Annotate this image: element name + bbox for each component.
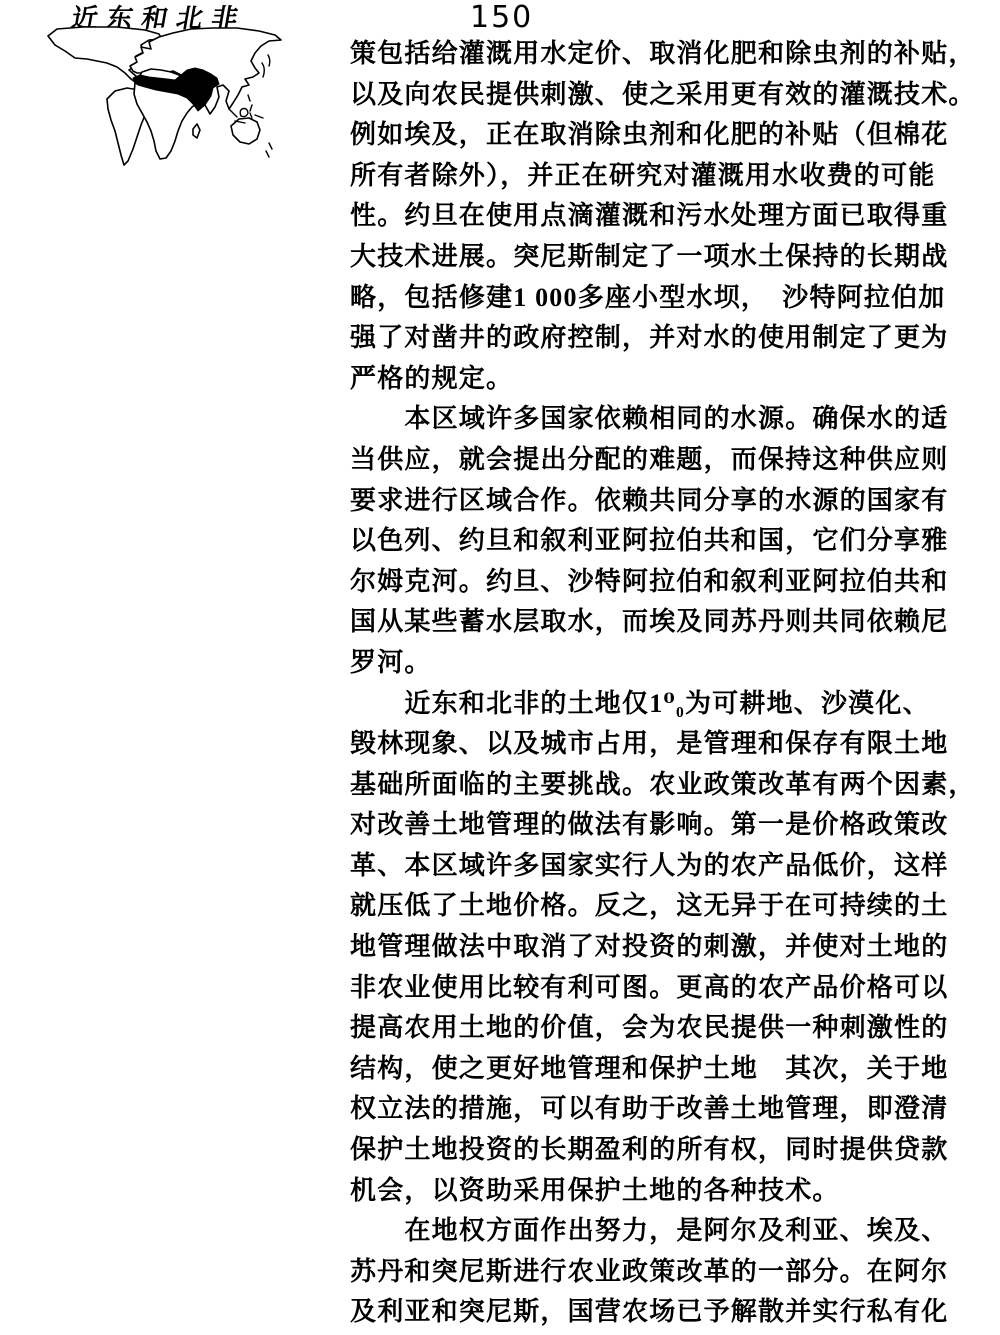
- text-line: 权立法的措施，可以有助于改善土地管理，即澄清: [350, 1089, 954, 1130]
- text-line: 策包括给灌溉用水定价、取消化肥和除虫剂的补贴，: [350, 34, 954, 75]
- text-line: 所有者除外），并正在研究对灌溉用水收费的可能: [350, 156, 954, 197]
- text-line: 以及向农民提供刺激、使之采用更有效的灌溉技术。: [350, 75, 954, 116]
- text-line: 结构，使之更好地管理和保护土地 其次，关于地: [350, 1049, 954, 1090]
- text-line: 机会，以资助采用保护土地的各种技术。: [350, 1171, 954, 1212]
- text-line: 就压低了土地价格。反之，这无异于在可持续的土: [350, 886, 954, 927]
- world-map-image: [45, 25, 315, 170]
- text-line: 例如埃及，正在取消除虫剂和化肥的补贴（但棉花: [350, 115, 954, 156]
- text-line: 本区域许多国家依赖相同的水源。确保水的适: [350, 399, 954, 440]
- text-line: 尔姆克河。约旦、沙特阿拉伯和叙利亚阿拉伯共和: [350, 562, 954, 603]
- text-line: 严格的规定。: [350, 359, 954, 400]
- text-line: 对改善土地管理的做法有影响。第一是价格政策改: [350, 805, 954, 846]
- text-line: 当供应，就会提出分配的难题，而保持这种供应则: [350, 440, 954, 481]
- text-line: 强了对凿井的政府控制，并对水的使用制定了更为: [350, 318, 954, 359]
- scanned-document-page: 近东和北非 150 策包括给灌溉用水定价、取消化肥和除虫剂的补贴，以及向农民提供…: [0, 0, 1000, 1335]
- australia-outline: [231, 118, 260, 144]
- text-line: 及利亚和突尼斯，国营农场已予解散并实行私有化: [350, 1292, 954, 1333]
- page-number: 150: [470, 0, 533, 35]
- body-text-column: 策包括给灌溉用水定价、取消化肥和除虫剂的补贴，以及向农民提供刺激、使之采用更有效…: [350, 34, 954, 1333]
- text-line: 罗河。: [350, 643, 954, 684]
- text-line: 非农业使用比较有利可图。更高的农产品价格可以: [350, 968, 954, 1009]
- text-line: 革、本区域许多国家实行人为的农产品低价，这样: [350, 846, 954, 887]
- text-line: 略，包括修建1 000多座小型水坝， 沙特阿拉伯加: [350, 278, 954, 319]
- text-line: 在地权方面作出努力，是阿尔及利亚、埃及、: [350, 1211, 954, 1252]
- text-line: 性。约旦在使用点滴灌溉和污水处理方面已取得重: [350, 196, 954, 237]
- text-line: 基础所面临的主要挑战。农业政策改革有两个因素，: [350, 765, 954, 806]
- text-line: 苏丹和突尼斯进行农业政策改革的一部分。在阿尔: [350, 1252, 954, 1293]
- text-line: 提高农用土地的价值，会为农民提供一种刺激性的: [350, 1008, 954, 1049]
- text-line: 保护土地投资的长期盈利的所有权，同时提供贷款: [350, 1130, 954, 1171]
- text-line: 大技术进展。突尼斯制定了一项水土保持的长期战: [350, 237, 954, 278]
- text-line: 毁林现象、以及城市占用，是管理和保存有限土地: [350, 724, 954, 765]
- text-line: 地管理做法中取消了对投资的刺激，并使对土地的: [350, 927, 954, 968]
- text-line: 以色列、约旦和叙利亚阿拉伯共和国，它们分享雅: [350, 521, 954, 562]
- text-line: 近东和北非的土地仅1⁰₀为可耕地、沙漠化、: [350, 684, 954, 725]
- text-line: 要求进行区域合作。依赖共同分享的水源的国家有: [350, 481, 954, 522]
- text-line: 国从某些蓄水层取水，而埃及同苏丹则共同依赖尼: [350, 602, 954, 643]
- madagascar-outline: [193, 124, 200, 138]
